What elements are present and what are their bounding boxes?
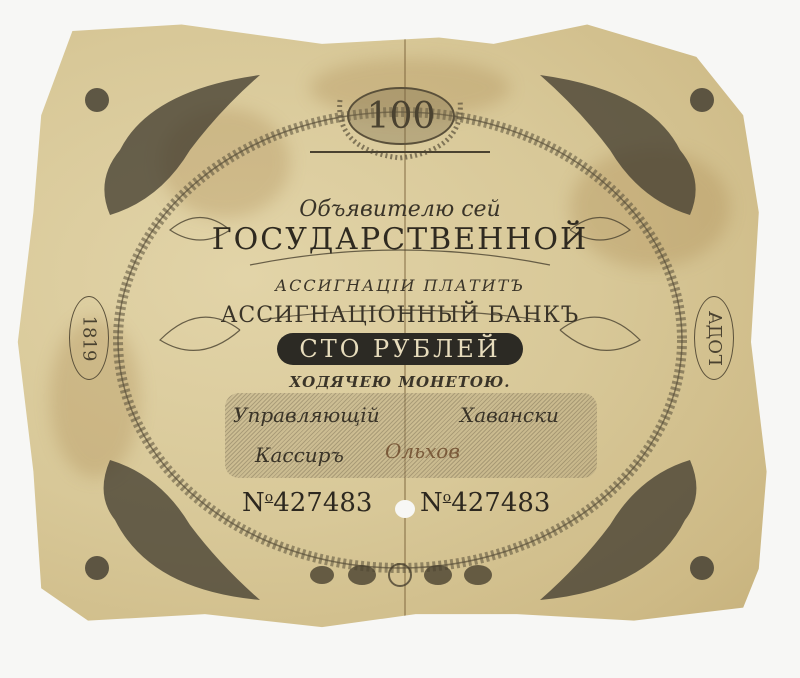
eagle-bottom-right-icon — [540, 460, 696, 600]
year-text: 1819 — [79, 315, 100, 361]
punch-hole — [395, 500, 415, 518]
bearer-line: Объявителю сей — [0, 197, 800, 222]
assignation-pays-line: АССИГНАЦІИ ПЛАТИТЪ — [0, 276, 800, 295]
crown-bottom-left-icon — [85, 556, 109, 580]
serial-prefix-sup: o — [443, 489, 451, 505]
denomination-oval: 100 — [347, 87, 455, 145]
crown-top-right-icon — [690, 88, 714, 112]
manager-label: Управляющій — [233, 403, 380, 427]
serial-number-right: 427483 — [451, 488, 550, 518]
serial-prefix: N — [242, 488, 265, 518]
year-oval-right: ГОДА — [694, 296, 734, 380]
denomination-value: 100 — [367, 96, 436, 137]
manager-signature: Хавански — [460, 403, 559, 427]
signature-panel: Управляющій Хавански Кассиръ Ольхов — [225, 393, 597, 478]
crown-top-left-icon — [85, 88, 109, 112]
serial-prefix: N — [420, 488, 443, 518]
title-text: ГОСУДАРСТВЕННОЙ — [0, 222, 800, 257]
bank-name-line: АССИГНАЦІОННЫЙ БАНКЪ — [0, 303, 800, 328]
amount-text: СТО РУБЛЕЙ — [299, 335, 500, 363]
cashier-signature: Ольхов — [385, 439, 460, 463]
year-oval-left: 1819 — [69, 296, 109, 380]
amount-band: СТО РУБЛЕЙ — [277, 333, 523, 365]
year-word-text: ГОДА — [704, 311, 725, 366]
cashier-label: Кассиръ — [255, 443, 344, 467]
serial-number-left: 427483 — [273, 488, 372, 518]
serial-left: No427483 — [242, 488, 372, 518]
currency-line: ХОДЯЧЕЮ МОНЕТОЮ. — [0, 373, 800, 391]
serial-right: No427483 — [420, 488, 550, 518]
serial-prefix-sup: o — [265, 489, 273, 505]
crown-bottom-right-icon — [690, 556, 714, 580]
